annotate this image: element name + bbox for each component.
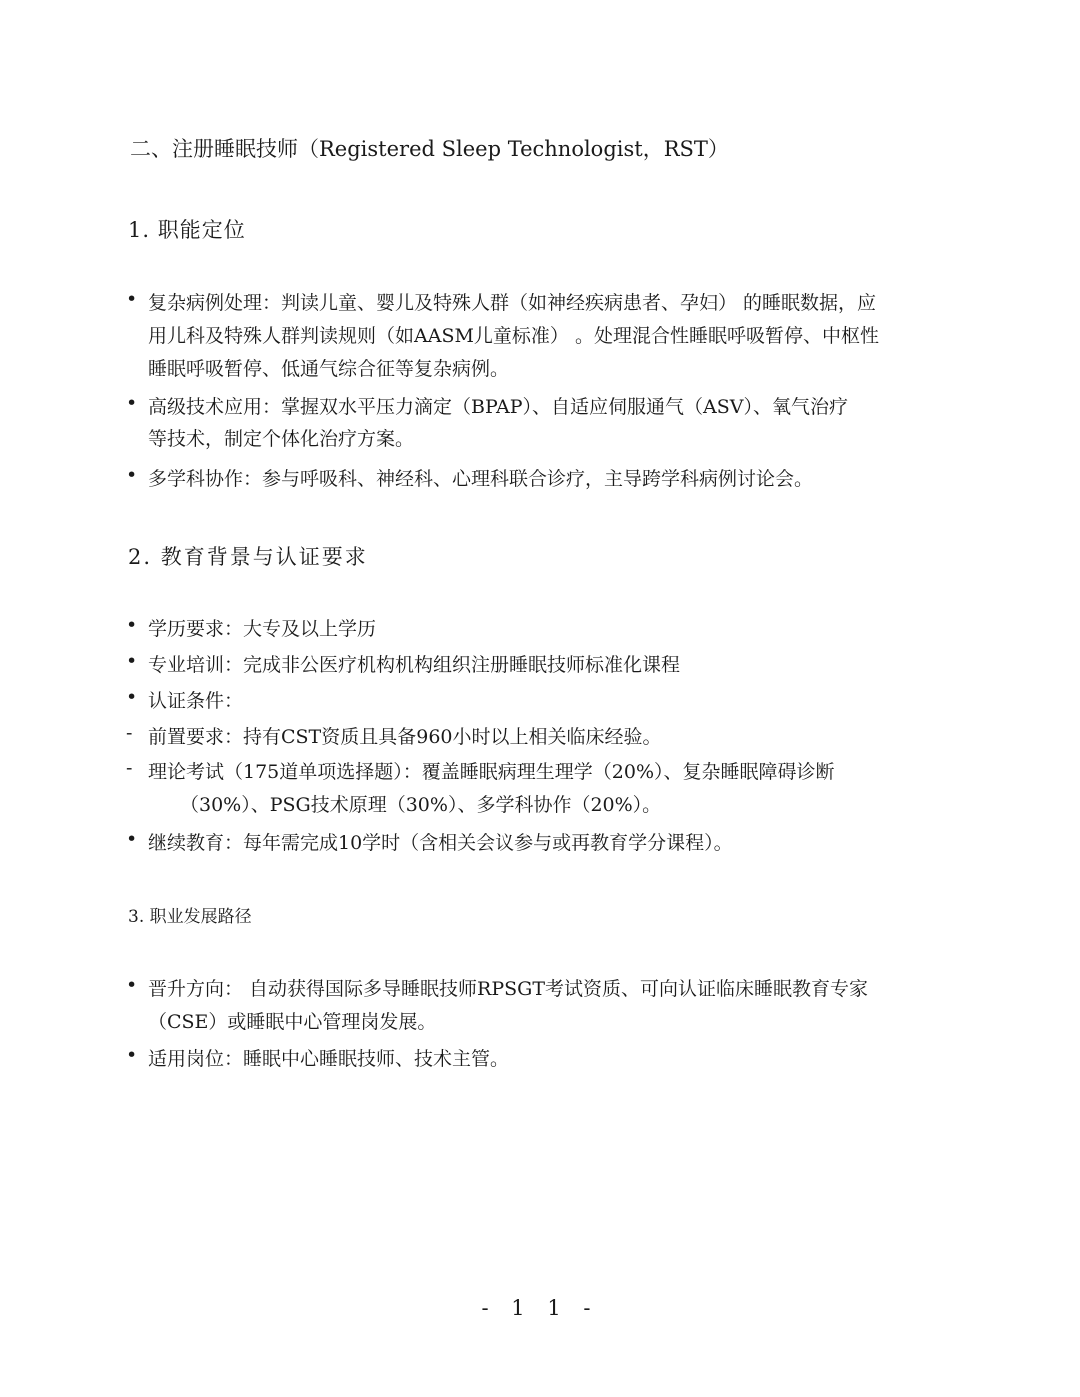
bullet-icon: • <box>126 828 137 850</box>
list-item-line: 高级技术应用：掌握双水平压力滴定（BPAP）、自适应伺服通气（ASV）、氧气治疗 <box>148 391 848 424</box>
list-item-line: 理论考试（175道单项选择题）：覆盖睡眠病理生理学（20%）、复杂睡眠障碍诊断 <box>148 756 835 789</box>
bullet-icon: • <box>126 392 137 414</box>
heading-function-positioning: 1. 职能定位 <box>128 214 246 244</box>
list-item-line: 专业培训：完成非公医疗机构机构组织注册睡眠技师标准化课程 <box>148 649 680 682</box>
bullet-icon: • <box>126 614 137 636</box>
list-item-line: 睡眠呼吸暂停、低通气综合征等复杂病例。 <box>148 353 509 386</box>
list-item-line: （CSE）或睡眠中心管理岗发展。 <box>148 1006 436 1039</box>
list-item-line: 晋升方向： 自动获得国际多导睡眠技师RPSGT考试资质、可向认证临床睡眠教育专家 <box>148 973 868 1006</box>
section-title: 二、注册睡眠技师（Registered Sleep Technologist，R… <box>130 133 729 163</box>
list-item-line: 用儿科及特殊人群判读规则（如AASM儿童标准） 。处理混合性睡眠呼吸暂停、中枢性 <box>148 320 879 353</box>
bullet-icon: • <box>126 1044 137 1066</box>
list-item-line: 继续教育：每年需完成10学时（含相关会议参与或再教育学分课程）。 <box>148 827 733 860</box>
list-item-line: 认证条件： <box>148 685 243 718</box>
page-number: - 1 1 - <box>0 1296 1080 1320</box>
list-item-line: 学历要求：大专及以上学历 <box>148 613 376 646</box>
dash-icon: - <box>126 722 132 744</box>
list-item-line: 等技术，制定个体化治疗方案。 <box>148 423 414 456</box>
list-item-line: 适用岗位：睡眠中心睡眠技师、技术主管。 <box>148 1043 509 1076</box>
heading-education-certification: 2. 教育背景与认证要求 <box>128 541 368 571</box>
bullet-icon: • <box>126 974 137 996</box>
heading-career-path: 3. 职业发展路径 <box>128 902 252 927</box>
bullet-icon: • <box>126 650 137 672</box>
list-item-line: （30%）、PSG技术原理（30%）、多学科协作（20%）。 <box>180 789 661 822</box>
list-item-line: 复杂病例处理：判读儿童、婴儿及特殊人群（如神经疾病患者、孕妇） 的睡眠数据，应 <box>148 287 876 320</box>
bullet-icon: • <box>126 686 137 708</box>
bullet-icon: • <box>126 464 137 486</box>
list-item-line: 多学科协作：参与呼吸科、神经科、心理科联合诊疗，主导跨学科病例讨论会。 <box>148 463 813 496</box>
list-item-line: 前置要求：持有CST资质且具备960小时以上相关临床经验。 <box>148 721 662 754</box>
bullet-icon: • <box>126 288 137 310</box>
dash-icon: - <box>126 757 132 779</box>
